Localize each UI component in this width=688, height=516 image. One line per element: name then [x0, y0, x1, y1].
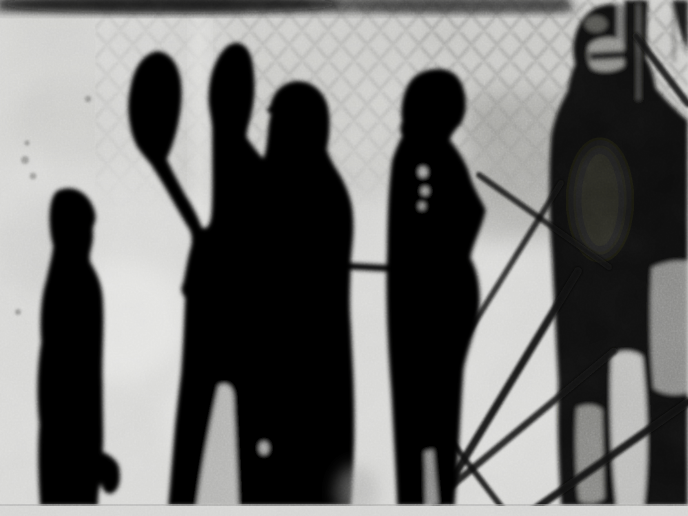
photo-canvas: Monochrome photo of five silhouetted fig… — [0, 0, 688, 516]
photo-frame: Monochrome photo of five silhouetted fig… — [0, 0, 688, 516]
fine-grain-overlay — [0, 0, 688, 516]
